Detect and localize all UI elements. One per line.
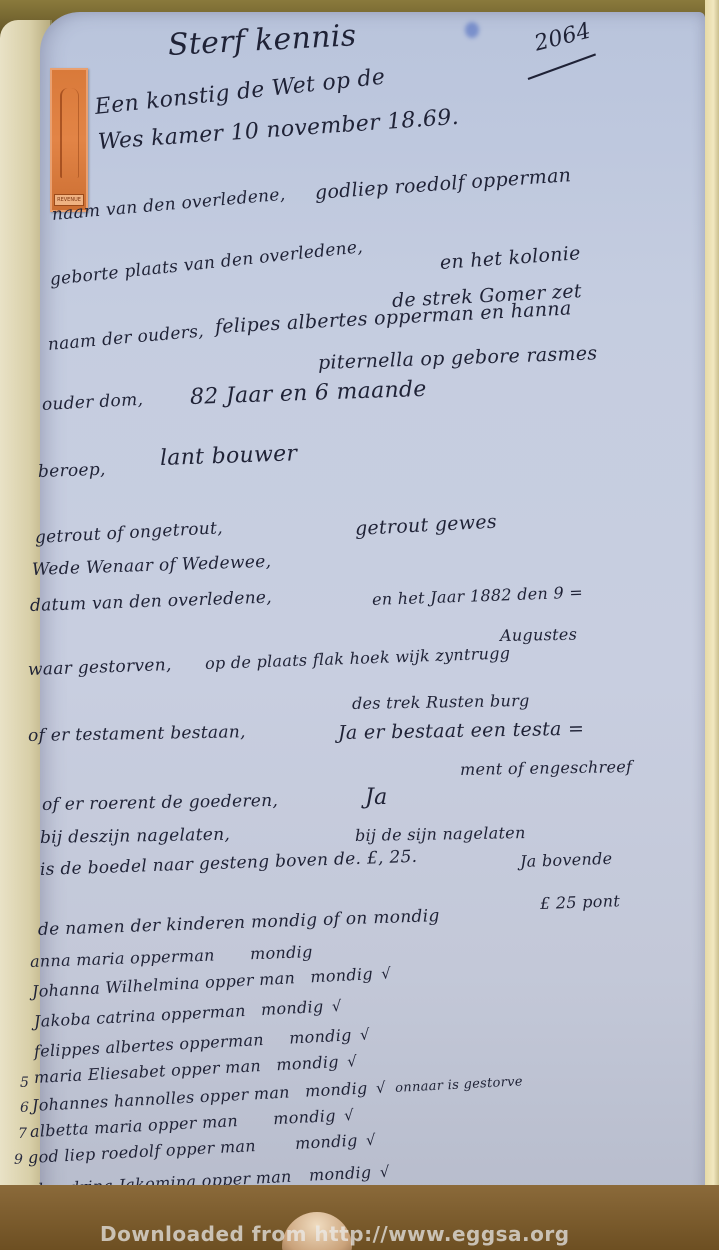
margin-number: 7 [18,1126,27,1142]
right-page-edge [705,0,719,1250]
margin-number: 9 [14,1152,23,1168]
field-value-estate: Ja bovende [520,849,613,871]
field-label-left-behind: bij deszijn nagelaten, [40,825,230,848]
check-mark-icon: √ [347,1052,358,1070]
field-value-death-date-2: Augustes [500,625,577,645]
check-mark-icon: √ [381,964,392,982]
child-status: mondig [305,1078,368,1100]
field-label-occupation: beroep, [38,460,106,482]
check-mark-icon: √ [331,997,342,1015]
check-mark-icon: √ [360,1025,371,1043]
ink-spot [465,22,479,38]
field-label-testament: of er testament bestaan, [28,722,246,746]
field-value-left-behind: bij de sijn nagelaten [355,823,526,845]
field-value-estate-2: £ 25 pont [540,891,621,913]
check-mark-icon: √ [344,1106,355,1124]
child-status: mondig [295,1131,358,1153]
margin-number: 5 [20,1075,29,1091]
child-status: mondig [308,1163,371,1185]
child-status: mondig [261,997,324,1019]
child-status: mondig [250,942,313,963]
check-mark-icon: √ [375,1078,386,1096]
field-value-testament: Ja er bestaat een testa = [338,718,585,744]
child-status: mondig [310,964,373,986]
field-value-death-place-2: des trek Rusten burg [352,691,530,713]
child-status: mondig [289,1025,352,1047]
field-label-goods: of er roerent de goederen, [42,791,278,815]
margin-number: 6 [20,1100,29,1116]
field-value-occupation: lant bouwer [160,441,298,471]
check-mark-icon: √ [366,1131,377,1149]
watermark-text: Downloaded from http://www.eggsa.org [100,1222,570,1246]
child-status: mondig [276,1052,339,1074]
field-value-testament-2: ment of engeschreef [460,757,633,779]
field-value-goods: Ja [365,785,388,810]
stamp-figure-icon [60,88,79,178]
child-status: mondig [273,1106,336,1128]
revenue-stamp: REVENUE [50,68,88,212]
check-mark-icon: √ [379,1163,390,1181]
